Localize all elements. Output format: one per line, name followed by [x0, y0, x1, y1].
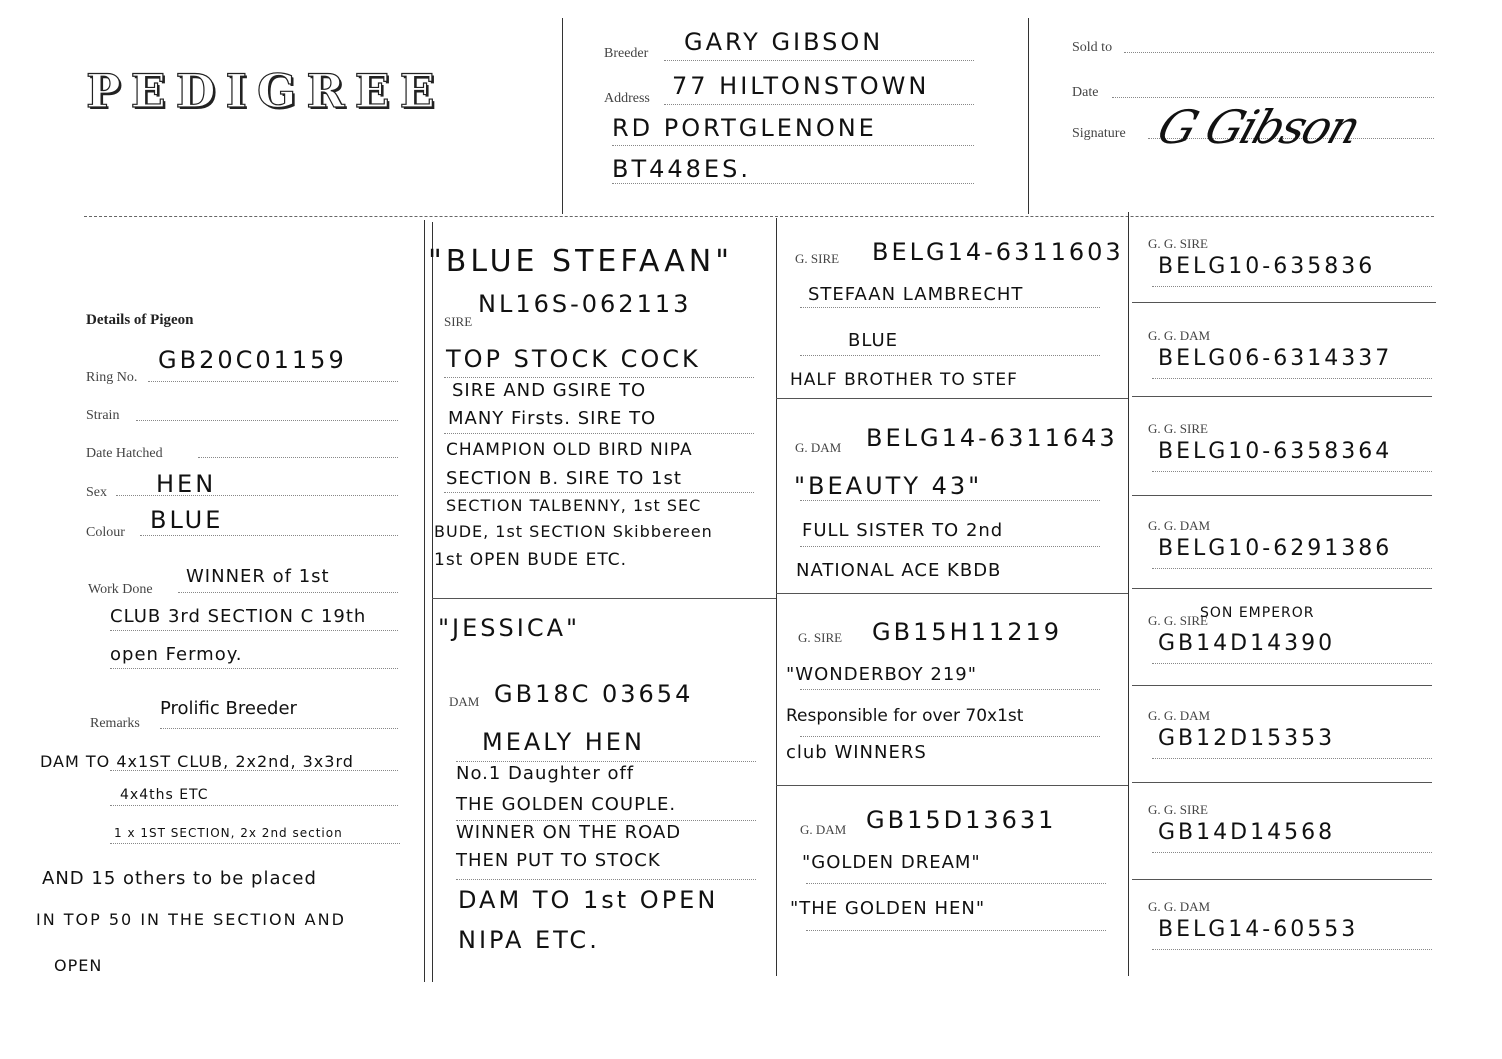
gp1-line-1	[800, 307, 1100, 308]
dam-note-4[interactable]: WINNER ON THE ROAD	[456, 822, 681, 843]
parent-split	[432, 598, 776, 599]
dam-line-1	[456, 761, 756, 762]
details-heading: Details of Pigeon	[86, 312, 193, 329]
ggp-6-line	[1152, 758, 1432, 759]
ggp-1-label: G. G. SIRE	[1148, 236, 1208, 252]
ggp-5-label: G. G. SIRE	[1148, 613, 1208, 629]
sire-ring[interactable]: NL16S-062113	[478, 290, 691, 318]
gp4-note-1[interactable]: "GOLDEN DREAM"	[802, 852, 981, 873]
gp3-label: G. SIRE	[798, 630, 842, 646]
column-border-2	[776, 218, 777, 976]
colour-value[interactable]: BLUE	[150, 506, 223, 534]
ggp-3-label: G. G. SIRE	[1148, 421, 1208, 437]
ggp-split-4	[1132, 588, 1432, 589]
ggp-split-6	[1132, 782, 1432, 783]
gp-split-2	[776, 593, 1128, 594]
dam-line-2	[456, 820, 756, 821]
ggp-5-note[interactable]: SON EMPEROR	[1200, 605, 1315, 621]
ggp-4-ring[interactable]: BELG10-6291386	[1158, 536, 1392, 561]
date-hatched-field[interactable]	[198, 457, 398, 458]
pedigree-title: PEDIGREE	[86, 64, 445, 118]
ring-line	[148, 381, 398, 382]
gp-split-1	[776, 398, 1128, 399]
ggp-6-ring[interactable]: GB12D15353	[1158, 726, 1335, 751]
address-line-2	[612, 145, 974, 146]
sire-note-8[interactable]: 1st OPEN BUDE ETC.	[434, 550, 627, 570]
ggp-split-7	[1132, 879, 1432, 880]
breeder-label: Breeder	[604, 46, 648, 62]
ggp-8-ring[interactable]: BELG14-60553	[1158, 917, 1358, 942]
ggp-split-5	[1132, 685, 1432, 686]
work-done-line-1[interactable]: WINNER of 1st	[186, 566, 330, 587]
ggp-7-label: G. G. SIRE	[1148, 802, 1208, 818]
sire-note-4[interactable]: CHAMPION OLD BIRD NIPA	[446, 440, 693, 460]
dam-ring[interactable]: GB18C 03654	[494, 680, 693, 708]
dam-label: DAM	[449, 694, 479, 710]
gp3-note-1[interactable]: "WONDERBOY 219"	[786, 664, 977, 685]
ggp-2-label: G. G. DAM	[1148, 328, 1210, 344]
ggp-split-2	[1132, 396, 1432, 397]
gp4-note-2[interactable]: "THE GOLDEN HEN"	[790, 898, 985, 919]
sire-note-3[interactable]: MANY Firsts. SIRE TO	[448, 408, 656, 429]
work-line-2	[110, 630, 398, 631]
dam-line-3	[456, 879, 756, 880]
header-divider	[84, 216, 1434, 217]
work-done-line-2[interactable]: CLUB 3rd SECTION C 19th	[110, 606, 366, 627]
signature-value: G Gibson	[1151, 100, 1366, 154]
gp4-label: G. DAM	[800, 822, 846, 838]
address-line-3-value[interactable]: BT448ES.	[612, 155, 751, 183]
ggp-6-label: G. G. DAM	[1148, 708, 1210, 724]
remarks-line-3	[110, 805, 398, 806]
column-border-1	[424, 220, 425, 982]
remarks-line-2-value[interactable]: DAM TO 4x1ST CLUB, 2x2nd, 3x3rd	[40, 752, 354, 771]
sire-line-2	[444, 433, 754, 434]
remarks-line-7-value[interactable]: OPEN	[54, 956, 102, 975]
remarks-label: Remarks	[90, 716, 140, 732]
gp2-label: G. DAM	[795, 440, 841, 456]
ggp-4-line	[1152, 568, 1432, 569]
strain-label: Strain	[86, 408, 119, 424]
gp2-line-1	[800, 500, 1100, 501]
sire-note-2[interactable]: SIRE AND GSIRE TO	[452, 380, 646, 401]
address-line-3	[612, 183, 974, 184]
gp1-note-2[interactable]: BLUE	[848, 330, 898, 351]
ring-label: Ring No.	[86, 370, 137, 386]
sire-line-1	[444, 377, 754, 378]
remarks-line-4	[110, 843, 400, 844]
sold-to-field[interactable]	[1124, 52, 1434, 53]
ggp-3-ring[interactable]: BELG10-6358364	[1158, 439, 1392, 464]
work-done-line-3[interactable]: open Fermoy.	[110, 644, 243, 665]
ggp-1-line	[1152, 286, 1432, 287]
gp-split-3	[776, 785, 1128, 786]
gp1-note-1[interactable]: STEFAAN LAMBRECHT	[808, 284, 1023, 305]
work-line-1	[178, 592, 398, 593]
ggp-5-ring[interactable]: GB14D14390	[1158, 631, 1335, 656]
breeder-line	[664, 60, 974, 61]
ggp-4-label: G. G. DAM	[1148, 518, 1210, 534]
gp3-note-3[interactable]: club WINNERS	[786, 742, 927, 763]
ggp-5-line	[1152, 663, 1432, 664]
ggp-2-ring[interactable]: BELG06-6314337	[1158, 346, 1392, 371]
work-done-label: Work Done	[88, 582, 153, 598]
gp4-line-2	[806, 930, 1106, 931]
ggp-8-line	[1152, 949, 1432, 950]
address-line-1-value[interactable]: 77 HILTONSTOWN	[672, 72, 929, 100]
sire-note-6[interactable]: SECTION TALBENNY, 1st SEC	[446, 496, 701, 515]
gp2-ring[interactable]: BELG14-6311643	[866, 424, 1118, 452]
breeder-box-left-border	[562, 18, 563, 214]
ggp-7-line	[1152, 852, 1432, 853]
address-label: Address	[604, 91, 650, 107]
remarks-line-6-value[interactable]: IN TOP 50 IN THE SECTION AND	[36, 910, 346, 929]
ggp-3-line	[1152, 471, 1432, 472]
date-label: Date	[1072, 85, 1098, 101]
strain-field[interactable]	[136, 420, 398, 421]
ggp-8-label: G. G. DAM	[1148, 899, 1210, 915]
work-line-3	[110, 668, 398, 669]
gp3-line-1	[800, 689, 1100, 690]
remarks-line-1-value[interactable]: Prolific Breeder	[160, 698, 297, 719]
gp4-line-1	[806, 883, 1106, 884]
sire-note-1[interactable]: TOP STOCK COCK	[446, 345, 701, 373]
sire-note-7[interactable]: BUDE, 1st SECTION Skibbereen	[434, 522, 713, 541]
gp2-line-2	[800, 546, 1100, 547]
signature-label: Signature	[1072, 126, 1126, 142]
sex-value[interactable]: HEN	[156, 470, 216, 498]
address-line-1	[664, 104, 974, 105]
gp1-ring[interactable]: BELG14-6311603	[872, 238, 1124, 266]
gp2-note-2[interactable]: FULL SISTER TO 2nd	[802, 520, 1003, 541]
sold-to-label: Sold to	[1072, 40, 1112, 56]
sire-note-5[interactable]: SECTION B. SIRE TO 1st	[446, 468, 682, 489]
sire-name[interactable]: "BLUE STEFAAN"	[428, 244, 733, 279]
dam-note-7[interactable]: NIPA ETC.	[458, 926, 600, 954]
dam-note-5[interactable]: THEN PUT TO STOCK	[456, 850, 661, 871]
column-border-1b	[432, 222, 433, 982]
breeder-box-right-border	[1028, 18, 1029, 214]
sire-line-3	[444, 492, 754, 493]
remarks-line-3-value[interactable]: 4x4ths ETC	[120, 787, 209, 803]
remarks-line-4-value[interactable]: 1 x 1ST SECTION, 2x 2nd section	[114, 826, 343, 840]
ggp-2-line	[1152, 378, 1432, 379]
gp3-ring[interactable]: GB15H11219	[872, 618, 1062, 646]
dam-note-2[interactable]: No.1 Daughter off	[456, 763, 634, 784]
dam-name[interactable]: "JESSICA"	[438, 614, 580, 642]
gp4-ring[interactable]: GB15D13631	[866, 806, 1056, 834]
ggp-7-ring[interactable]: GB14D14568	[1158, 820, 1335, 845]
dam-note-3[interactable]: THE GOLDEN COUPLE.	[456, 794, 676, 815]
sire-label: SIRE	[444, 314, 472, 330]
colour-label: Colour	[86, 525, 125, 541]
date-field[interactable]	[1112, 97, 1434, 98]
dam-note-6[interactable]: DAM TO 1st OPEN	[458, 886, 718, 914]
ggp-split-3	[1132, 495, 1432, 496]
colour-line	[140, 535, 398, 536]
gp1-note-3[interactable]: HALF BROTHER TO STEF	[790, 370, 1018, 390]
gp2-note-1[interactable]: "BEAUTY 43"	[794, 472, 982, 500]
remarks-line-5-value[interactable]: AND 15 others to be placed	[42, 868, 317, 889]
sex-label: Sex	[86, 485, 107, 501]
address-line-2-value[interactable]: RD PORTGLENONE	[612, 114, 877, 142]
gp3-line-2	[800, 736, 1100, 737]
remarks-line-1	[160, 728, 398, 729]
ggp-split-1	[1132, 302, 1436, 303]
gp3-note-2[interactable]: Responsible for over 70x1st	[786, 706, 1023, 726]
column-border-3	[1128, 212, 1129, 976]
gp1-label: G. SIRE	[795, 251, 839, 267]
gp1-line-2	[800, 355, 1100, 356]
dam-note-1[interactable]: MEALY HEN	[482, 728, 645, 756]
breeder-value[interactable]: GARY GIBSON	[684, 28, 883, 56]
ggp-1-ring[interactable]: BELG10-635836	[1158, 254, 1375, 279]
ring-value[interactable]: GB20C01159	[158, 346, 347, 374]
date-hatched-label: Date Hatched	[86, 446, 163, 462]
gp2-note-3[interactable]: NATIONAL ACE KBDB	[796, 560, 1001, 581]
